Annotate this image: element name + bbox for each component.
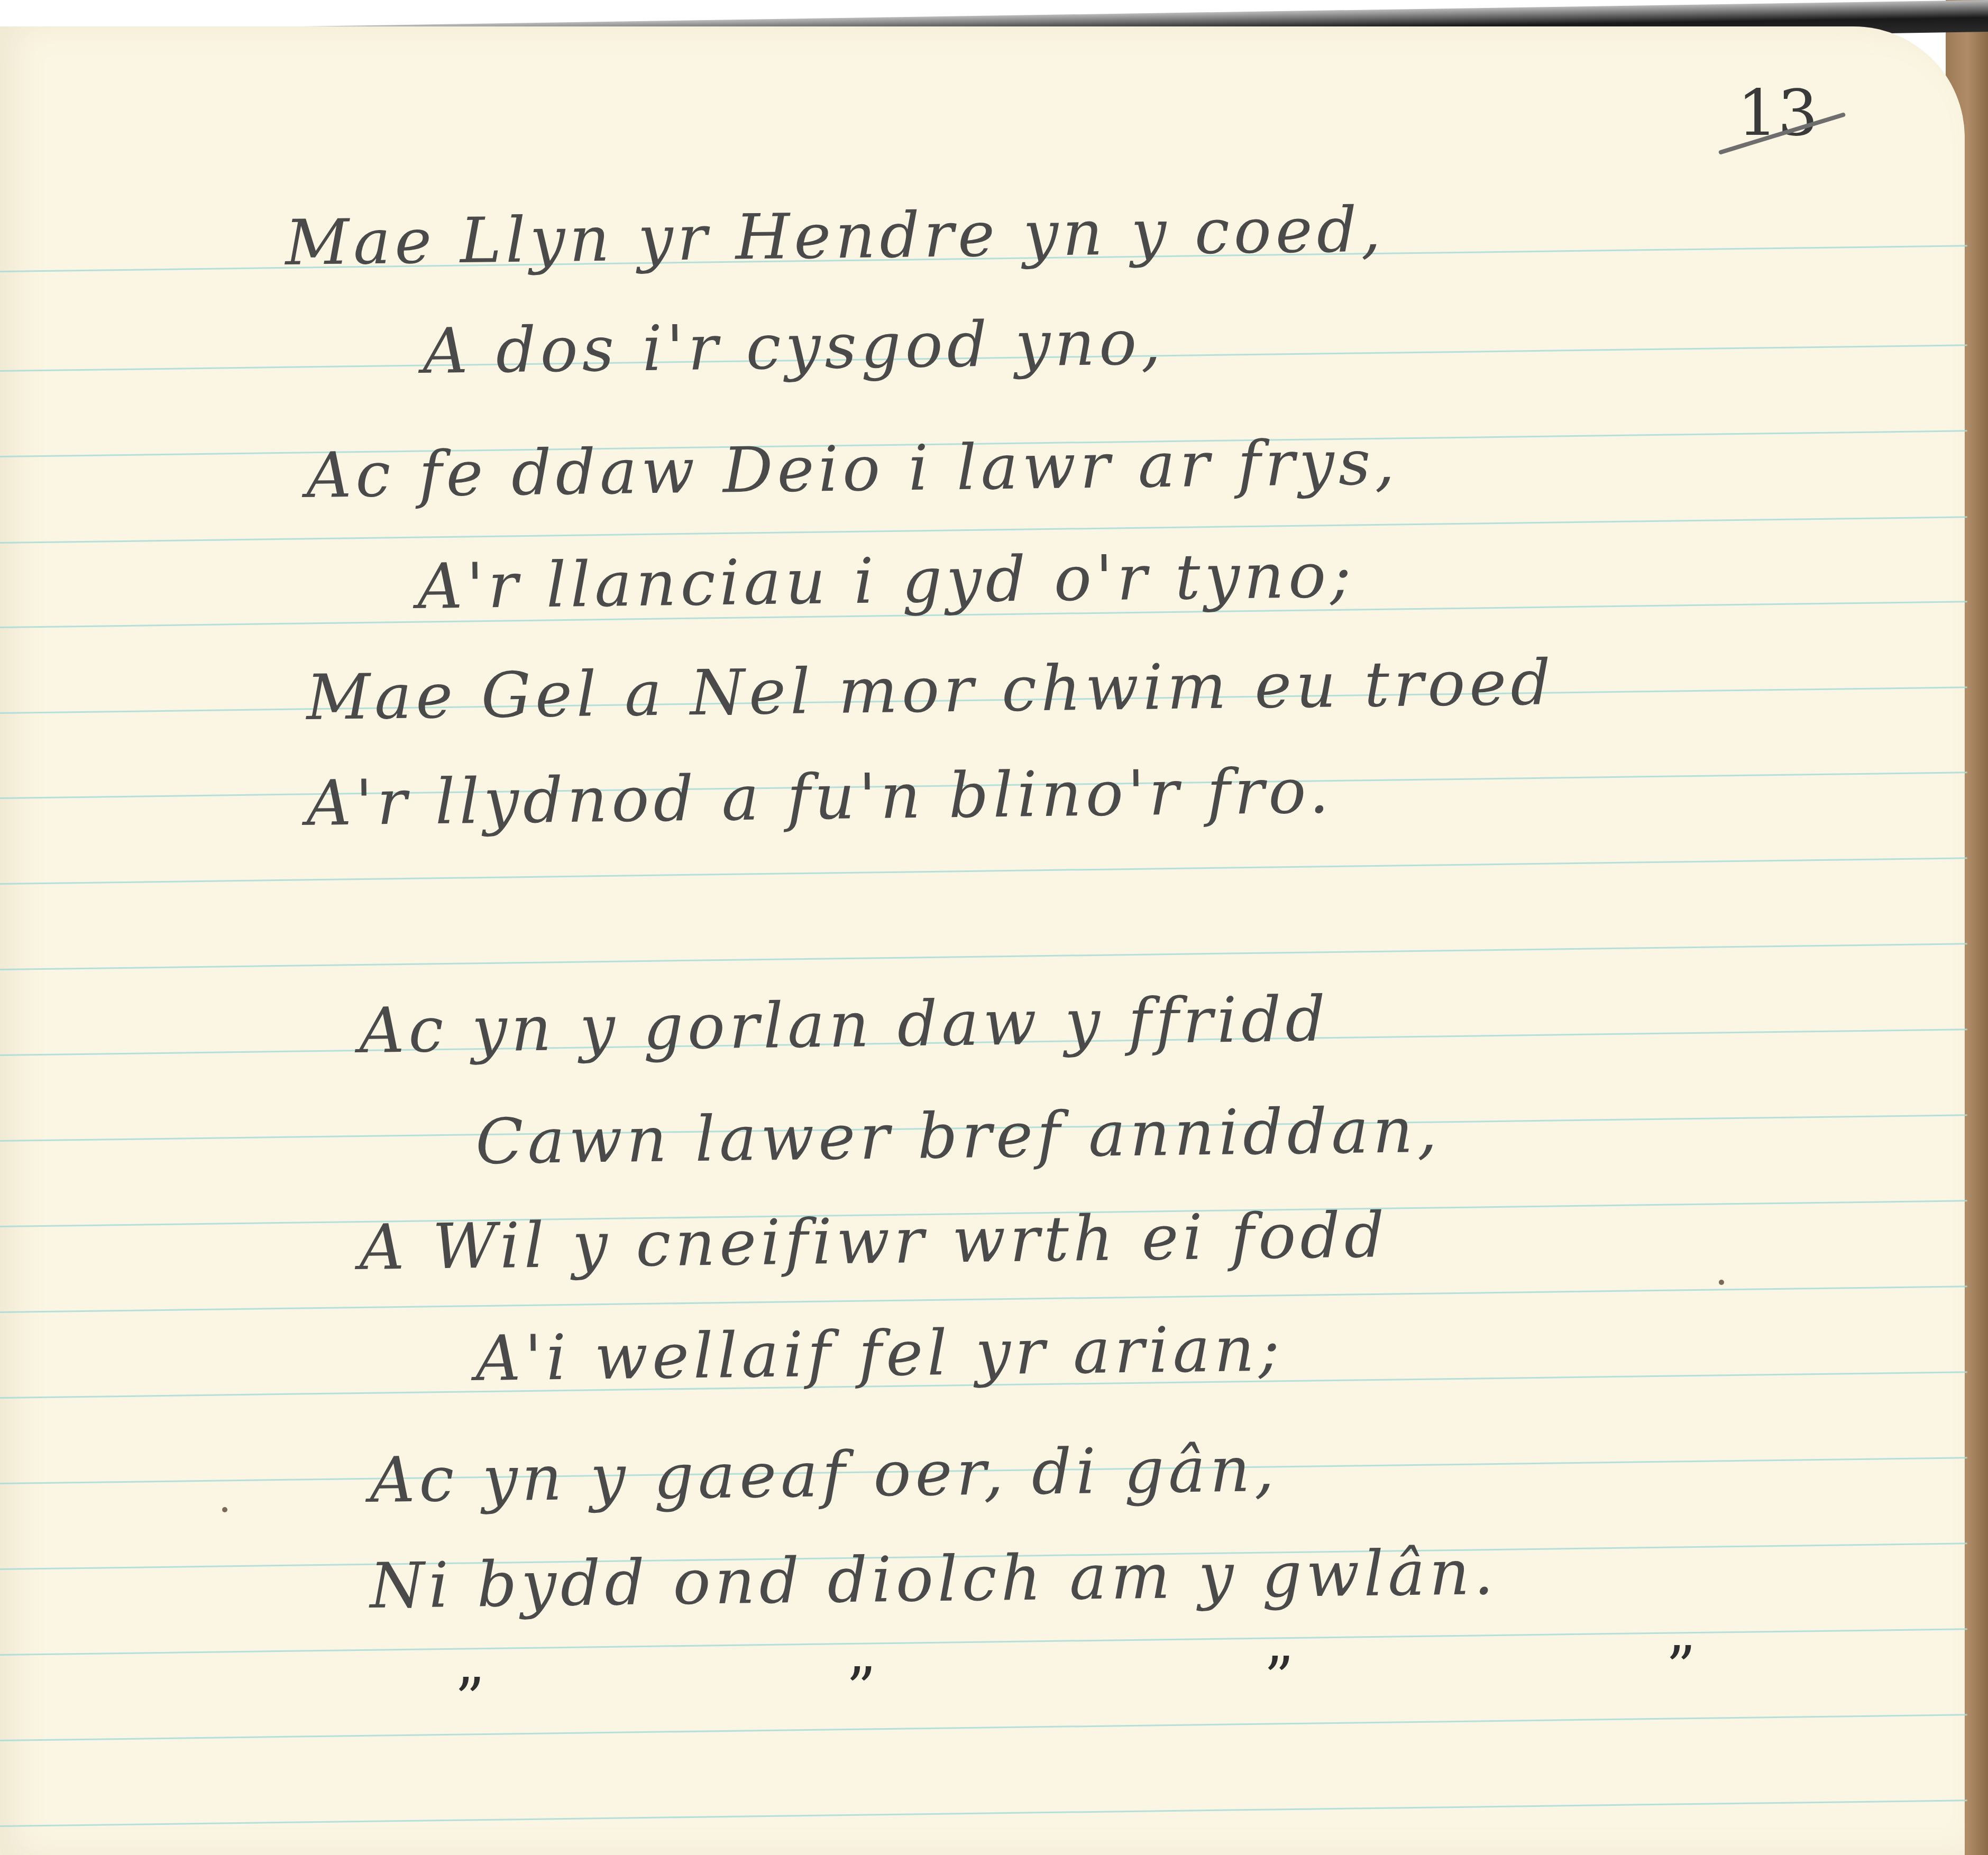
poem-line: A dos i'r cysgod yno, (422, 306, 1165, 388)
poem-line: A'r llydnod a fu'n blino'r fro. (306, 754, 1333, 840)
poem-line: A'i wellaif fel yr arian; (475, 1312, 1284, 1395)
poem-line: Mae Llyn yr Hendre yn y coed, (285, 193, 1385, 279)
poem-line: Mae Gel a Nel mor chwim eu troed (306, 646, 1555, 734)
ditto-mark: ” (455, 1666, 484, 1733)
paper-speck (1719, 1280, 1724, 1285)
poem-line: Ac yn y gaeaf oer, di gân, (369, 1432, 1278, 1517)
poem-line: A'r llanciau i gyd o'r tyno; (417, 538, 1355, 623)
ruled-line (0, 857, 1967, 885)
page-number: 13 (1737, 77, 1818, 150)
ditto-mark: ” (1264, 1645, 1294, 1712)
paper-speck (222, 1507, 227, 1512)
ruled-line (0, 516, 1967, 544)
ditto-mark: ” (846, 1655, 876, 1723)
ruled-line (0, 1714, 1967, 1741)
ditto-mark: ” (1666, 1634, 1696, 1702)
ruled-line (0, 943, 1967, 970)
poem-line: A Wil y cneifiwr wrth ei fodd (359, 1198, 1389, 1284)
poem-line: Ni bydd ond diolch am y gwlân. (369, 1536, 1498, 1622)
poem-line: Ac yn y gorlan daw y ffridd (359, 982, 1330, 1067)
poem-line: Ac fe ddaw Deio i lawr ar frys, (306, 426, 1399, 512)
poem-line: Cawn lawer bref anniddan, (475, 1094, 1442, 1178)
notebook-page: 13 Mae Llyn yr Hendre yn y coed, A dos i… (0, 26, 1965, 1855)
ruled-line (0, 1799, 1967, 1827)
ruled-line (0, 1285, 1967, 1313)
